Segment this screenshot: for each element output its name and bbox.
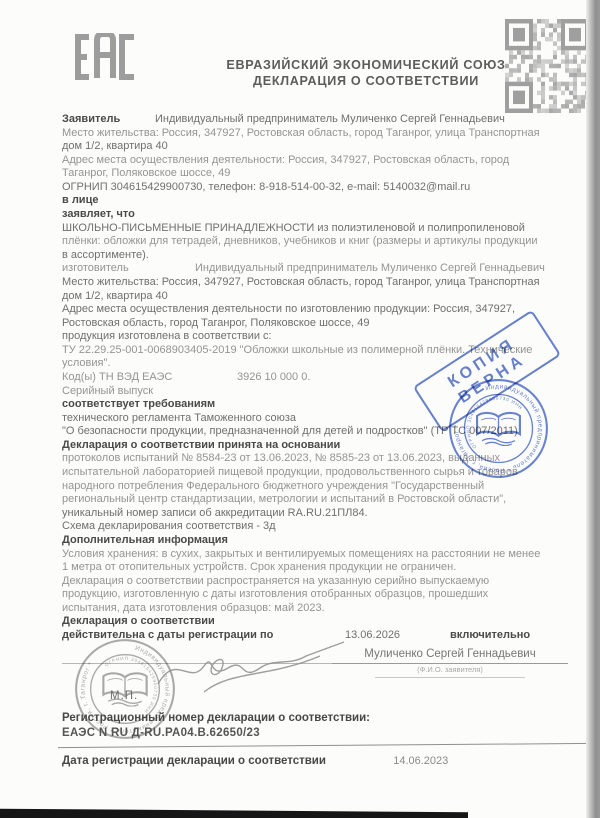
text-span: продукцию, изготовленную с даты изготовл… (62, 588, 488, 600)
text-span: Условия хранения: в сухих, закрытых и ве… (62, 548, 540, 560)
text-span: Ростовская область, город Таганрог, Поля… (62, 317, 370, 329)
signature-scribble (148, 626, 353, 708)
qr-code (505, 19, 589, 113)
mp-label: М.П. (110, 690, 138, 702)
doc-line: испытания, дата изготовления образцов: м… (62, 602, 593, 616)
doc-line: 1 метра от отопительных устройств. Срок … (62, 561, 593, 575)
doc-line: ОГРНИП 304615429900730, телефон: 8-918-5… (62, 181, 593, 195)
text-span: Серийный выпуск (62, 385, 153, 397)
text-span: Индивидуальный предприниматель Муличенко… (195, 262, 545, 274)
doc-line: в лице (62, 194, 593, 208)
text-span: 1 метра от отопительных устройств. Срок … (62, 561, 456, 573)
doc-line: Таганрог, Поляковское шоссе, 49 (62, 167, 593, 181)
text-span: в ассортименте). (62, 249, 149, 261)
text-span: Декларация о соответствии распространяет… (62, 575, 489, 587)
text-span: плёнки: обложки для тетрадей, дневников,… (62, 235, 538, 247)
scan-edge-bottom (0, 803, 600, 818)
text-span: условия". (62, 357, 110, 369)
doc-line: Адрес места осуществления деятельности п… (62, 303, 593, 317)
text-span: ШКОЛЬНО-ПИСЬМЕННЫЕ ПРИНАДЛЕЖНОСТИ (62, 222, 317, 234)
text-span: Заявитель (62, 113, 155, 127)
doc-line: в ассортименте). (62, 249, 593, 263)
text-span: 13.06.2026 (345, 629, 450, 643)
text-span: технического регламента Таможенного союз… (62, 412, 296, 424)
registration-number-value: ЕАЭС N RU Д-RU.РА04.В.62650/23 (62, 727, 260, 739)
footer-divider (58, 743, 592, 748)
text-span: Декларация о соответствии принята на осн… (62, 439, 340, 451)
text-span: в лице (62, 194, 98, 206)
doc-line: дом 1/2, квартира 40 (62, 140, 593, 154)
text-span: Адрес места осуществления деятельности п… (62, 303, 515, 315)
text-span: заявляет, что (62, 208, 135, 220)
text-span: протоколов испытаний № 8584-23 от 13.06.… (62, 452, 500, 464)
text-span: уникальный номер записи об аккредитации … (62, 507, 368, 519)
doc-line: плёнки: обложки для тетрадей, дневников,… (62, 235, 593, 249)
text-span: народного потребления Федерального бюдже… (62, 480, 484, 492)
open-book-icon (477, 413, 520, 446)
doc-line: ЗаявительИндивидуальный предприниматель … (62, 113, 593, 127)
text-span: дом 1/2, квартира 40 (62, 140, 168, 152)
doc-line: региональный центр стандартизации, метро… (62, 493, 593, 507)
doc-line: изготовительИндивидуальный предпринимате… (62, 262, 593, 276)
text-span: Место жительства: Россия, 347927, Ростов… (62, 276, 540, 288)
doc-line: заявляет, что (62, 208, 593, 222)
text-span: региональный центр стандартизации, метро… (62, 493, 506, 505)
text-span: ОГРНИП 304615429900730, телефон: 8-918-5… (62, 181, 470, 193)
doc-line: уникальный номер записи об аккредитации … (62, 507, 593, 521)
doc-line: Место жительства: Россия, 347927, Ростов… (62, 127, 593, 141)
signee-caption-line (375, 677, 525, 678)
signee-caption: (Ф.И.О. заявителя) (332, 664, 568, 674)
doc-line: Адрес места осуществления деятельности: … (62, 154, 593, 168)
doc-line: дом 1/2, квартира 40 (62, 290, 593, 304)
registration-date-row: Дата регистрации декларации о соответств… (62, 755, 448, 767)
eac-mark-logo (72, 33, 136, 81)
text-span: дом 1/2, квартира 40 (62, 290, 168, 302)
text-span: из полиэтиленовой и полипропиленовой (317, 222, 525, 234)
text-span: Индивидуальный предприниматель Муличенко… (155, 113, 505, 125)
registration-date-value: 14.06.2023 (393, 755, 448, 767)
doc-line: народного потребления Федерального бюдже… (62, 480, 593, 494)
signee-name: Муличенко Сергей Геннадьевич (332, 648, 568, 664)
text-span: Место жительства: Россия, 347927, Ростов… (62, 127, 540, 139)
text-span: соответствует требованиям (62, 398, 215, 410)
doc-line: ШКОЛЬНО-ПИСЬМЕННЫЕ ПРИНАДЛЕЖНОСТИ из пол… (62, 222, 593, 236)
text-span: Схема декларирования соответствия - 3д (62, 520, 276, 532)
text-span: Дополнительная информация (62, 534, 228, 546)
text-span: Адрес места осуществления деятельности: … (62, 154, 509, 166)
text-span: испытания, дата изготовления образцов: м… (62, 602, 325, 614)
text-span: изготовитель (62, 262, 195, 276)
round-stamp-blue: Индивидуальный предприниматель * Россия,… (447, 377, 550, 480)
registration-date-label: Дата регистрации декларации о соответств… (62, 755, 390, 767)
text-span: Код(ы) ТН ВЭД ЕАЭС (62, 371, 237, 385)
doc-line: продукцию, изготовленную с даты изготовл… (62, 588, 593, 602)
scanned-declaration-page: { "header": { "eac_mark": "ЕАС", "union_… (0, 0, 600, 818)
doc-line: Схема декларирования соответствия - 3д (62, 520, 593, 534)
text-span: Таганрог, Поляковское шоссе, 49 (62, 167, 230, 179)
doc-line: Декларация о соответствии распространяет… (62, 575, 593, 589)
text-span: 3926 10 000 0. (237, 371, 310, 383)
doc-line: Дополнительная информация (62, 534, 593, 548)
signee-block: Муличенко Сергей Геннадьевич (Ф.И.О. зая… (332, 648, 568, 678)
text-span: продукция изготовлена в соответствии с: (62, 330, 272, 342)
doc-line: Условия хранения: в сухих, закрытых и ве… (62, 548, 593, 562)
scan-edge-right (586, 0, 600, 818)
text-span: включительно (450, 629, 530, 641)
registration-number-label: Регистрационный номер декларации о соотв… (62, 712, 370, 724)
doc-line: Место жительства: Россия, 347927, Ростов… (62, 276, 593, 290)
